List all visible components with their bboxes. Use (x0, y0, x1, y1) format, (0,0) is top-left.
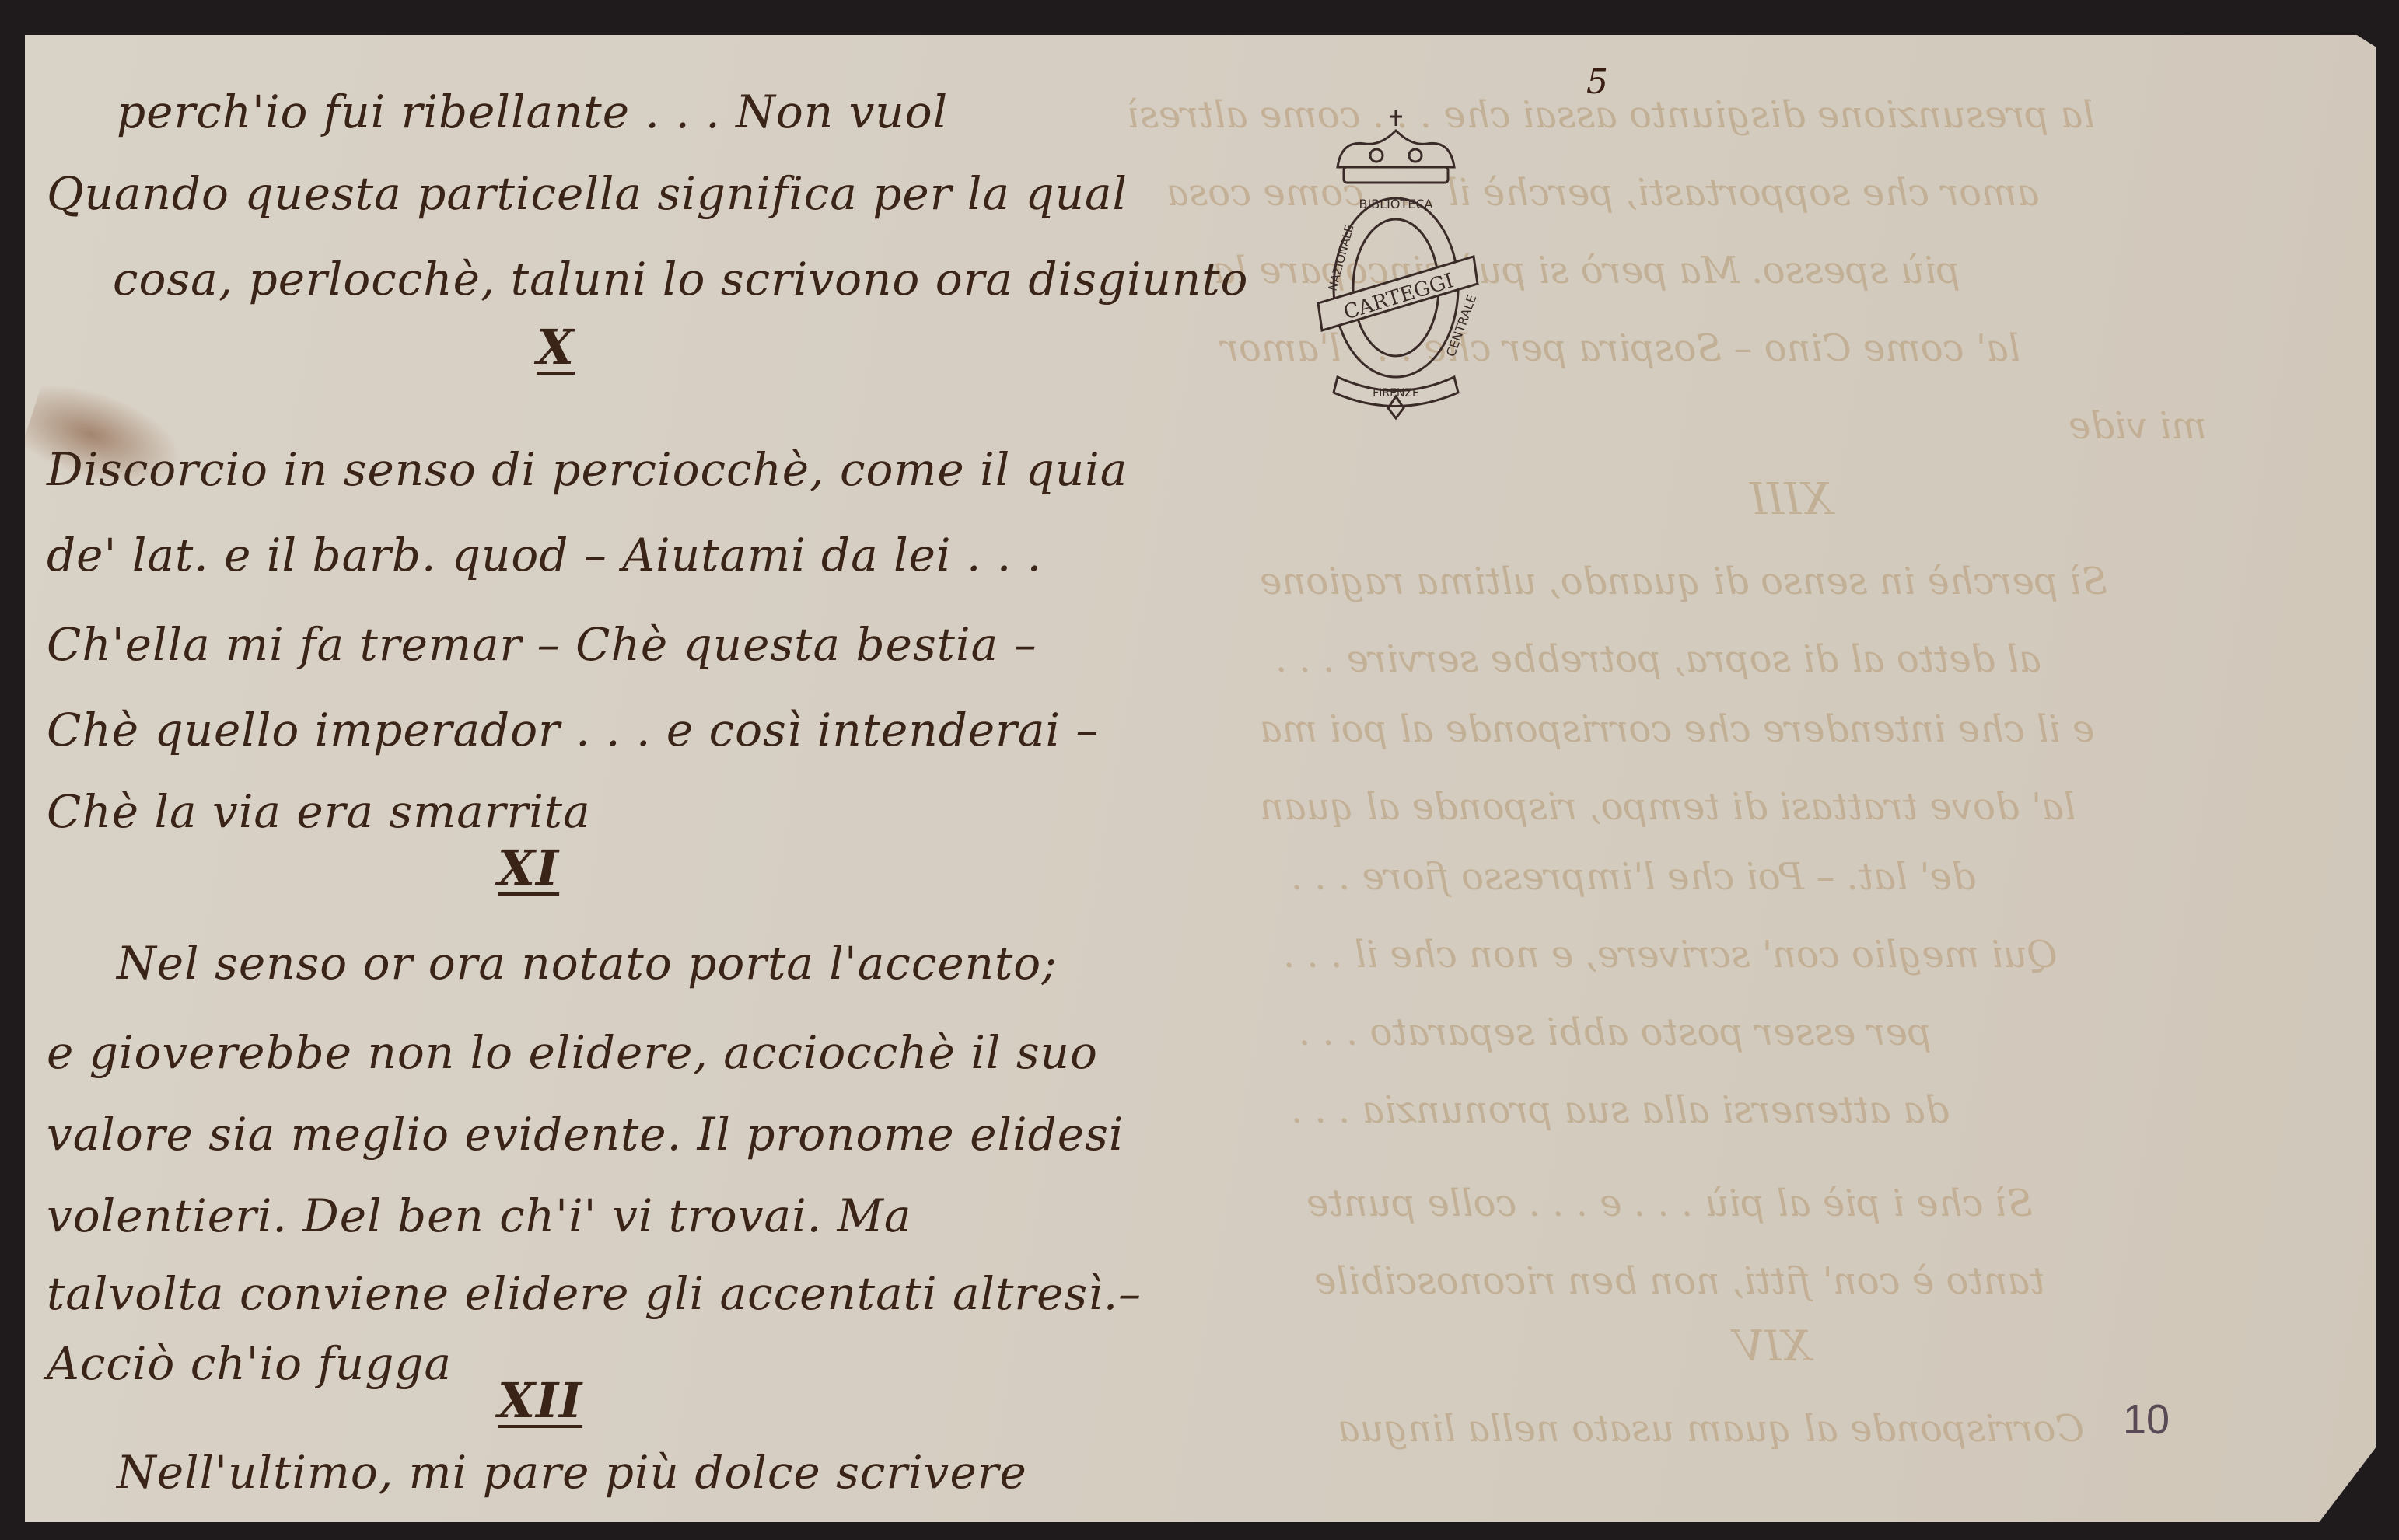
text-line: cosa, perlocchè, taluni lo scrivono ora … (113, 253, 1248, 306)
bleed-line: de' lat. – Poi che l'impresso fiore . . … (1291, 855, 1976, 899)
bleed-line: la' dove trattasi di tempo, risponde al … (1260, 785, 2076, 829)
bleed-line: XIV (1734, 1322, 1811, 1371)
section-heading-xii: XII (498, 1372, 582, 1429)
section-heading-xi: XI (498, 840, 559, 896)
bleed-line: Sì che i piè al più . . . e . . . colle … (1306, 1182, 2033, 1225)
bleed-line: XIII (1750, 474, 1832, 525)
svg-text:CENTRALE: CENTRALE (1443, 292, 1479, 358)
bleed-line: e il che intendere che corrisponde al po… (1260, 707, 2094, 751)
svg-text:NAZIONALE: NAZIONALE (1325, 223, 1356, 292)
text-line: Acciò ch'io fugga (47, 1337, 452, 1390)
bleed-line: amor che sopportasti, perchè il . . . co… (1166, 171, 2039, 215)
library-stamp: BIBLIOTECA NAZIONALE CARTEGGI CENTRALE F… (1306, 109, 1485, 420)
bleed-line: per esser posto abbi separato . . . (1299, 1011, 1932, 1054)
text-line: Quando questa particella significa per l… (47, 167, 1128, 220)
text-line: Ch'ella mi fa tremar – Chè questa bestia… (47, 618, 1037, 671)
bleed-line: Corrisponde al quam usato nella lingua (1338, 1407, 2084, 1451)
text-line: Chè quello imperador . . . e così intend… (47, 704, 1099, 756)
text-line: Discorcio in senso di perciocchè, come i… (47, 443, 1128, 496)
text-line: Chè la via era smarrita (47, 785, 591, 838)
folio-mark-top: 5 (1586, 62, 1608, 102)
svg-text:BIBLIOTECA: BIBLIOTECA (1359, 197, 1433, 211)
text-line: talvolta conviene elidere gli accentati … (47, 1267, 1142, 1320)
text-line: valore sia meglio evidente. Il pronome e… (47, 1108, 1124, 1161)
text-line: Nell'ultimo, mi pare più dolce scrivere (117, 1446, 1027, 1499)
bleed-line: Qui meglio con' scrivere, e non che il .… (1283, 933, 2058, 976)
bleed-line: tanto è con' fitti, non ben riconoscibil… (1314, 1259, 2044, 1303)
crown-icon: BIBLIOTECA NAZIONALE CARTEGGI CENTRALE F… (1306, 109, 1485, 420)
text-line: perch'io fui ribellante . . . Non vuol (117, 86, 948, 138)
bleed-line: da attenersi alla sua pronunzia . . . (1291, 1088, 1949, 1132)
bleed-line: la presunzione disgiunto assai che . . .… (1128, 93, 2095, 137)
bleed-line: mi vide (2069, 404, 2207, 448)
bleed-line: Sì perchè in senso di quando, ultima rag… (1260, 560, 2107, 603)
text-line: e gioverebbe non lo elidere, acciocchè i… (47, 1026, 1098, 1079)
svg-text:FIRENZE: FIRENZE (1373, 387, 1419, 400)
text-line: de' lat. e il barb. quod – Aiutami da le… (47, 529, 1042, 581)
text-line: volentieri. Del ben ch'i' vi trovai. Ma (47, 1189, 911, 1242)
text-line: Nel senso or ora notato porta l'accento; (117, 937, 1058, 990)
section-heading-x: X (537, 319, 575, 375)
bleed-line: al detto al di sopra, potrebbe servire .… (1275, 637, 2041, 681)
folio-number-bottom: 10 (2123, 1395, 2170, 1444)
